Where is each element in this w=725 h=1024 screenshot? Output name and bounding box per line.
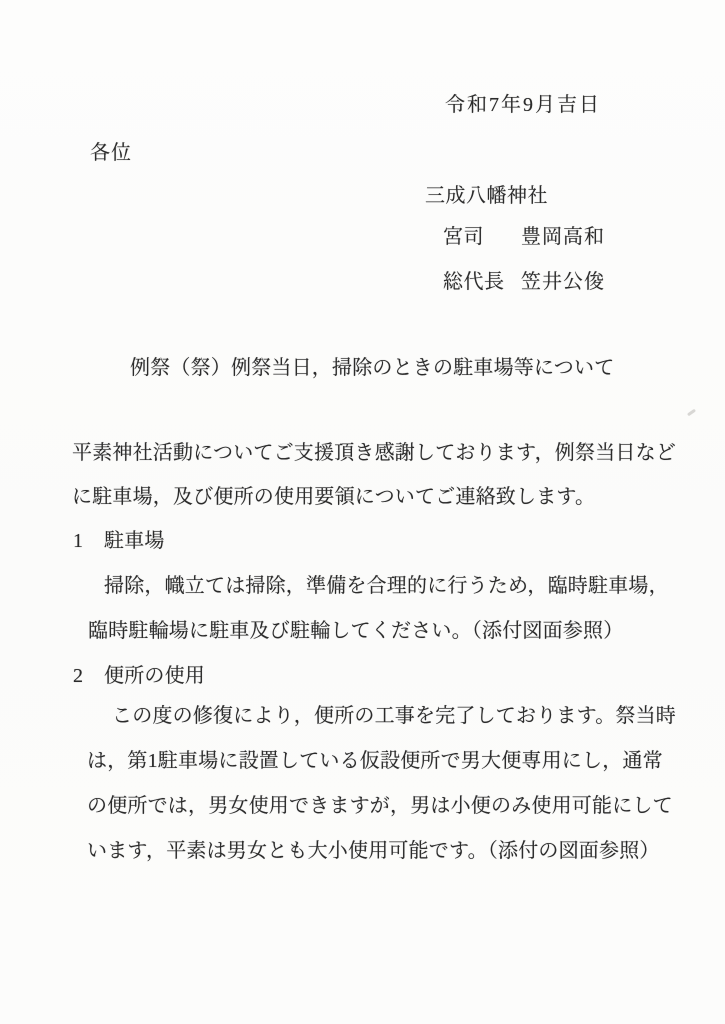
- section-2-heading: 2便所の使用: [73, 666, 205, 686]
- section-2-body-line: この度の修復により，便所の工事を完了しております。祭当時: [112, 706, 676, 726]
- officer-role: 宮司: [443, 227, 521, 247]
- sender-organization: 三成八幡神社: [425, 186, 548, 206]
- section-2-number: 2: [73, 666, 104, 686]
- officer-role: 総代長: [443, 272, 521, 292]
- sender-officer-row: 宮司豊岡高和: [443, 227, 605, 247]
- section-1-body-line: 臨時駐輪場に駐車及び駐輪してください。（添付図面参照）: [88, 621, 623, 641]
- section-2-body-line: います，平素は男女とも大小使用可能です。（添付の図面参照）: [87, 841, 660, 861]
- section-1-number: 1: [73, 531, 104, 551]
- document-date: 令和7年9月吉日: [445, 95, 601, 115]
- section-1-heading-text: 駐車場: [104, 530, 165, 552]
- section-1-heading: 1駐車場: [73, 531, 165, 551]
- intro-paragraph-line: 平素神社活動についてご支援頂き感謝しております，例祭当日など: [72, 443, 676, 463]
- scan-smudge-artifact: [687, 409, 696, 417]
- sender-officer-row: 総代長笠井公俊: [443, 272, 605, 292]
- addressee: 各位: [90, 143, 132, 163]
- officer-name: 笠井公俊: [521, 271, 605, 293]
- section-2-body-line: の便所では，男女使用できますが，男は小便のみ使用可能にして: [87, 796, 673, 816]
- document-title: 例祭（祭）例祭当日，掃除のときの駐車場等について: [130, 358, 614, 378]
- section-2-body-line: は，第1駐車場に設置している仮設便所で男大便専用にし，通常: [87, 751, 663, 771]
- section-1-body-line: 掃除，幟立ては掃除，準備を合理的に行うため，臨時駐車場，: [104, 576, 669, 596]
- intro-paragraph-line: に駐車場，及び便所の使用要領についてご連絡致します。: [72, 487, 595, 507]
- officer-name: 豊岡高和: [521, 226, 605, 248]
- letter-page: 令和7年9月吉日 各位 三成八幡神社 宮司豊岡高和 総代長笠井公俊 例祭（祭）例…: [0, 0, 725, 1024]
- section-2-heading-text: 便所の使用: [104, 665, 205, 687]
